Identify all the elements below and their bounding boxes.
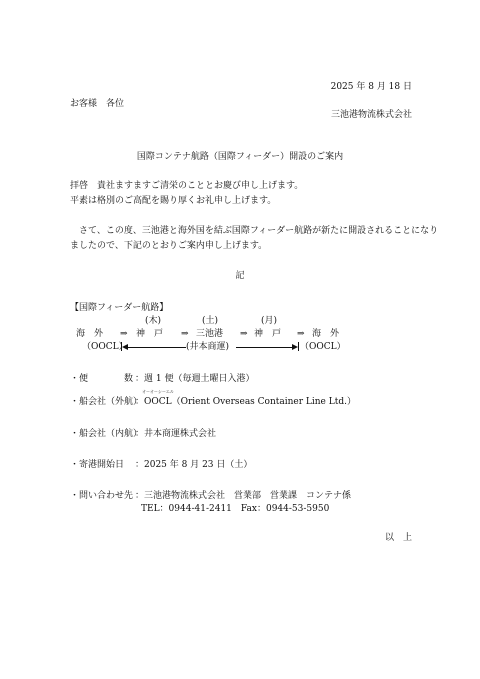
sender-company: 三池港物流株式会社 [331,109,412,121]
detail-foreign-carrier-value: ：OOCL（Orient Overseas Container Line Ltd… [135,396,356,408]
route-arrow-3: ⇒ [240,328,248,340]
route-port-overseas-origin: 海 外 [76,328,103,340]
route-line-left [126,347,186,348]
greeting-line-2: 平素は格別のご高配を賜り厚くお礼申し上げます。 [70,195,276,207]
detail-foreign-carrier-label: ・船会社（外航） [70,396,142,408]
body-line-1: さて、この度、三池港と海外国を結ぶ国際フィーダー航路が新たに開設されることになり [79,225,438,237]
route-arrow-1: ⇒ [120,328,128,340]
route-heading: 【国際フィーダー航路】 [70,302,168,314]
detail-contact-value: ：三池港物流株式会社 営業部 営業課 コンテナ係 [135,490,351,502]
route-port-kobe-1: 神 戸 [136,328,163,340]
route-port-kobe-2: 神 戸 [254,328,281,340]
detail-contact-label: ・問い合わせ先 [70,490,133,502]
greeting-line-1: 拝啓 貴社ますますご清栄のこととお慶び申し上げます。 [70,180,303,192]
route-port-miike: 三池港 [196,328,223,340]
recipient: お客様 各位 [70,98,124,110]
route-day-thu: (木) [145,315,161,327]
route-day-sat: (土) [202,315,218,327]
carrier-imoto: (井本商運) [186,341,229,353]
ki-heading: 記 [0,270,480,282]
oocl-ruby: オーオーシーエル [142,389,174,394]
detail-domestic-carrier-label: ・船会社（内航） [70,428,142,440]
carrier-oocl-right: （OOCL） [300,341,346,353]
detail-start-date-label: ・寄港開始日 [70,459,124,471]
route-bracket-right [298,342,299,351]
route-arrow-4: ⇒ [297,328,305,340]
document-date: 2025 年 8 月 18 日 [331,81,412,93]
route-line-right [236,347,296,348]
body-line-2: ましたので、下記のとおりご案内申し上げます。 [70,240,267,252]
route-port-overseas-dest: 海 外 [312,328,339,340]
detail-domestic-carrier-value: ：井本商運株式会社 [135,428,216,440]
document-title: 国際コンテナ航路（国際フィーダー）開設のご案内 [0,151,480,163]
detail-contact-phone: TEL：0944-41-2411 Fax：0944-53-5950 [141,503,329,515]
closing: 以 上 [385,532,412,544]
detail-start-date-value: ：2025 年 8 月 23 日（土） [135,459,252,471]
detail-frequency-label: ・便 数 [70,373,133,385]
route-arrow-2: ⇒ [181,328,189,340]
detail-frequency-value: ：週 1 便（毎週土曜日入港） [135,373,254,385]
route-day-mon: (月) [261,315,277,327]
